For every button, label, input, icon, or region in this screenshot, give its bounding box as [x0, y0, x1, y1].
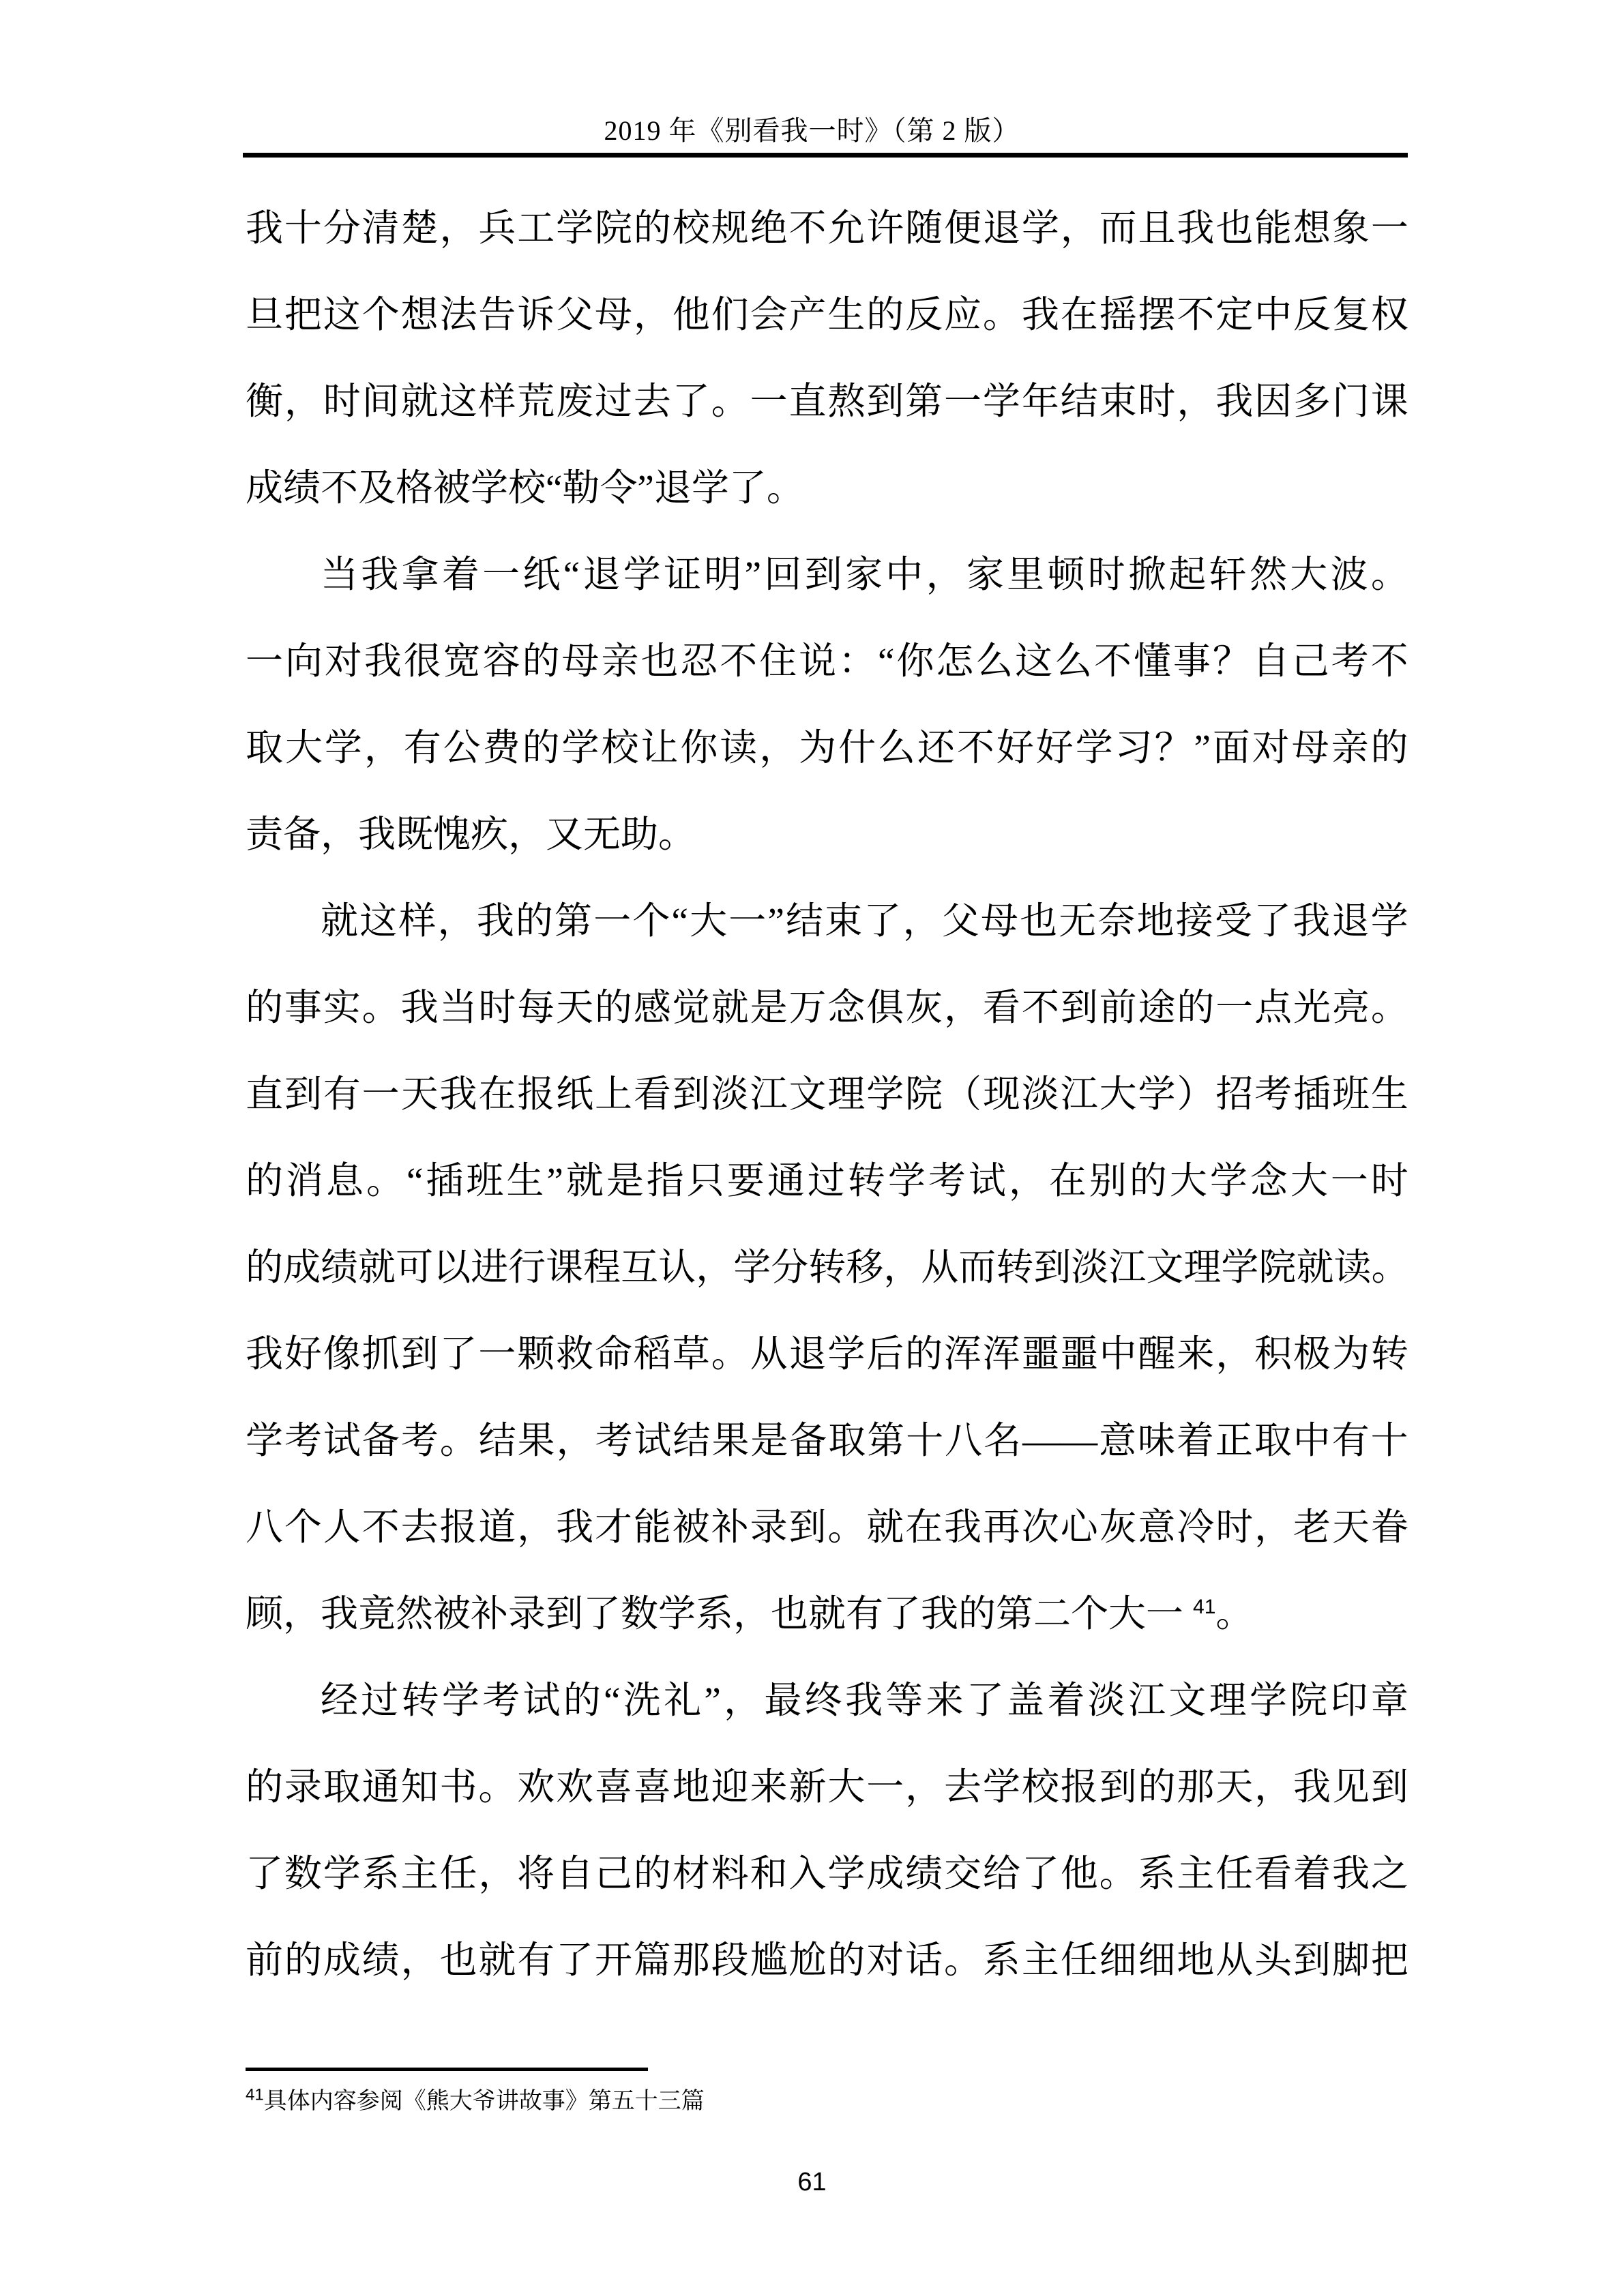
footnote-separator	[246, 2068, 648, 2071]
text-line: 了数学系主任，将自己的材料和入学成绩交给了他。系主任看着我之	[246, 1830, 1408, 1917]
footnote-text: 具体内容参阅《熊大爷讲故事》第五十三篇	[264, 2089, 705, 2114]
body-text: 我十分清楚，兵工学院的校规绝不允许随便退学，而且我也能想象一旦把这个想法告诉父母…	[246, 185, 1408, 2003]
text-line: 八个人不去报道，我才能被补录到。就在我再次心灰意冷时，老天眷	[246, 1484, 1408, 1570]
footnote: 41具体内容参阅《熊大爷讲故事》第五十三篇	[246, 2084, 1408, 2119]
text-line: 的成绩就可以进行课程互认，学分转移，从而转到淡江文理学院就读。	[246, 1224, 1408, 1311]
text-line: 就这样，我的第一个“大一”结束了，父母也无奈地接受了我退学	[246, 878, 1408, 964]
text-line: 的录取通知书。欢欢喜喜地迎来新大一，去学校报到的那天，我见到	[246, 1744, 1408, 1830]
text-line: 成绩不及格被学校“勒令”退学了。	[246, 445, 1408, 531]
text-line: 我好像抓到了一颗救命稻草。从退学后的浑浑噩噩中醒来，积极为转	[246, 1311, 1408, 1397]
text-line: 我十分清楚，兵工学院的校规绝不允许随便退学，而且我也能想象一	[246, 185, 1408, 271]
text-line: 旦把这个想法告诉父母，他们会产生的反应。我在摇摆不定中反复权	[246, 271, 1408, 358]
page-number: 61	[0, 2167, 1624, 2197]
document-page: 2019 年《别看我一时》（第 2 版） 我十分清楚，兵工学院的校规绝不允许随便…	[0, 0, 1624, 2296]
text-line: 直到有一天我在报纸上看到淡江文理学院（现淡江大学）招考插班生	[246, 1051, 1408, 1137]
footnote-reference: 41	[1193, 1596, 1215, 1618]
text-line: 顾，我竟然被补录到了数学系，也就有了我的第二个大一41。	[246, 1570, 1408, 1657]
text-line: 前的成绩，也就有了开篇那段尴尬的对话。系主任细细地从头到脚把	[246, 1917, 1408, 2003]
header-rule	[243, 153, 1408, 158]
text-line: 取大学，有公费的学校让你读，为什么还不好好学习？”面对母亲的	[246, 704, 1408, 791]
footnote-marker: 41	[246, 2086, 264, 2104]
text-line: 学考试备考。结果，考试结果是备取第十八名——意味着正取中有十	[246, 1397, 1408, 1484]
page-header-title: 2019 年《别看我一时》（第 2 版）	[0, 115, 1624, 147]
text-line: 的消息。“插班生”就是指只要通过转学考试，在别的大学念大一时	[246, 1137, 1408, 1224]
text-line: 衡，时间就这样荒废过去了。一直熬到第一学年结束时，我因多门课	[246, 358, 1408, 445]
text-line: 的事实。我当时每天的感觉就是万念俱灰，看不到前途的一点光亮。	[246, 964, 1408, 1051]
text-line: 当我拿着一纸“退学证明”回到家中，家里顿时掀起轩然大波。	[246, 531, 1408, 618]
text-line: 经过转学考试的“洗礼”，最终我等来了盖着淡江文理学院印章	[246, 1657, 1408, 1744]
text-line: 一向对我很宽容的母亲也忍不住说：“你怎么这么不懂事？自己考不	[246, 618, 1408, 704]
text-line: 责备，我既愧疚，又无助。	[246, 791, 1408, 878]
